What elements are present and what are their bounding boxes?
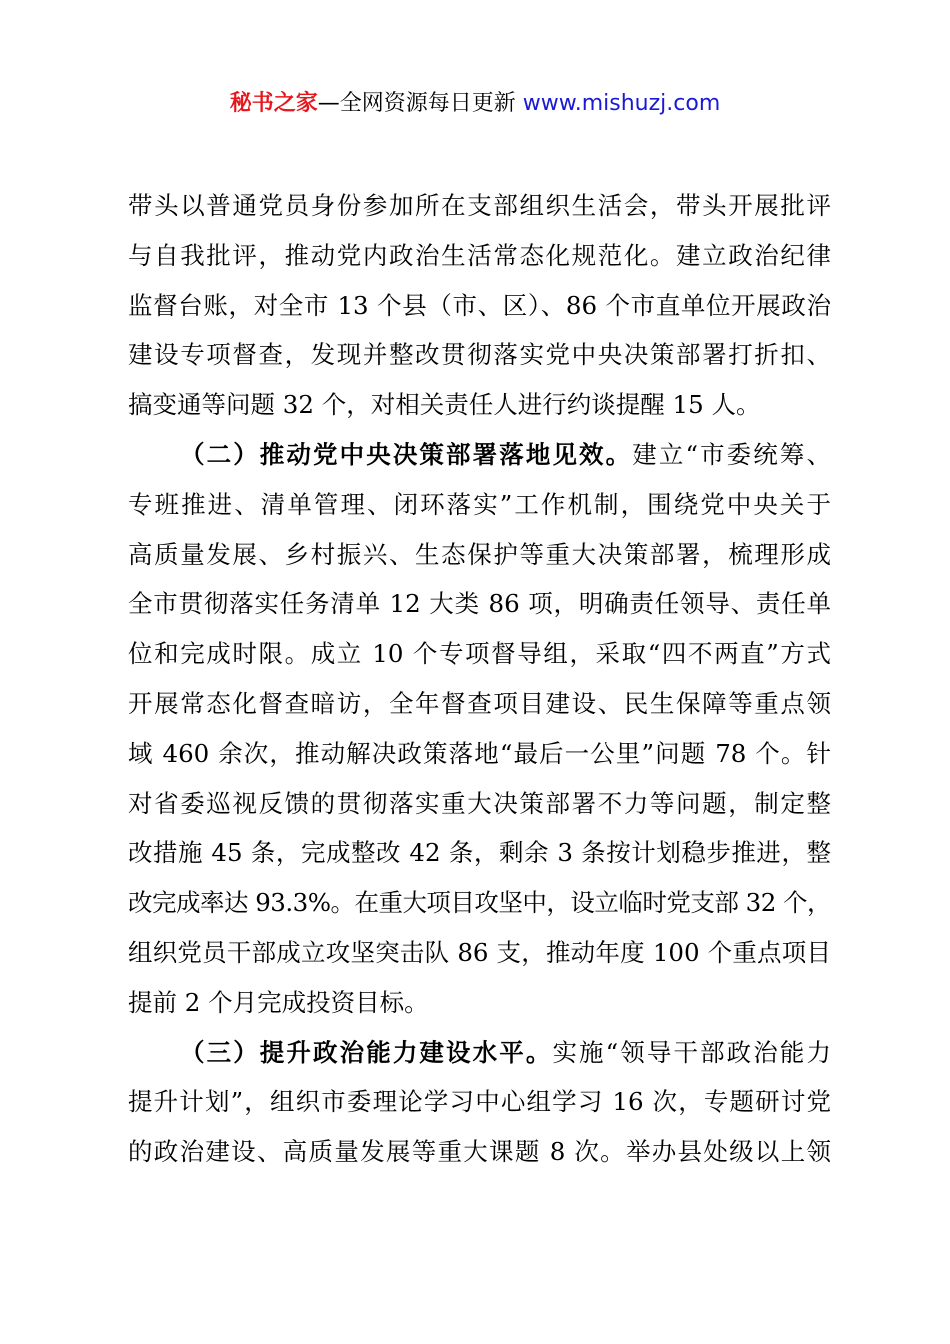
text-line: 专班推进、清单管理、闭环落实”工作机制，围绕党中央关于	[128, 480, 831, 530]
text-line: 对省委巡视反馈的贯彻落实重大决策部署不力等问题，制定整	[128, 779, 831, 829]
paragraph-1: 带头以普通党员身份参加所在支部组织生活会，带头开展批评 与自我批评，推动党内政治…	[128, 181, 831, 430]
text-line: （二）推动党中央决策部署落地见效。建立“市委统筹、	[128, 430, 831, 480]
text-line: 与自我批评，推动党内政治生活常态化规范化。建立政治纪律	[128, 231, 831, 281]
text-line: 高质量发展、乡村振兴、生态保护等重大决策部署，梳理形成	[128, 530, 831, 580]
paragraph-2: （二）推动党中央决策部署落地见效。建立“市委统筹、 专班推进、清单管理、闭环落实…	[128, 430, 831, 1028]
text-line: 搞变通等问题 32 个，对相关责任人进行约谈提醒 15 人。	[128, 380, 831, 430]
text-line: 提升计划”，组织市委理论学习中心组学习 16 次，专题研讨党	[128, 1077, 831, 1127]
text-line: 提前 2 个月完成投资目标。	[128, 978, 831, 1028]
text-line: 域 460 余次，推动解决政策落地“最后一公里”问题 78 个。针	[128, 729, 831, 779]
brand-name: 秘书之家	[230, 91, 318, 116]
site-banner: 秘书之家—全网资源每日更新 www.mishuzj.com	[0, 88, 950, 120]
text-line: 改完成率达 93.3%。在重大项目攻坚中，设立临时党支部 32 个，	[128, 878, 831, 928]
text-line: 全市贯彻落实任务清单 12 大类 86 项，明确责任领导、责任单	[128, 579, 831, 629]
banner-tagline: —全网资源每日更新	[318, 91, 523, 116]
text-line: 带头以普通党员身份参加所在支部组织生活会，带头开展批评	[128, 181, 831, 231]
section-heading: （二）推动党中央决策部署落地见效。	[180, 440, 632, 469]
text-line: 位和完成时限。成立 10 个专项督导组，采取“四不两直”方式	[128, 629, 831, 679]
text-line: 开展常态化督查暗访，全年督查项目建设、民生保障等重点领	[128, 679, 831, 729]
paragraph-3: （三）提升政治能力建设水平。实施“领导干部政治能力 提升计划”，组织市委理论学习…	[128, 1028, 831, 1177]
section-heading: （三）提升政治能力建设水平。	[180, 1038, 552, 1067]
heading-continuation: 建立“市委统筹、	[632, 440, 831, 469]
text-line: 改措施 45 条，完成整改 42 条，剩余 3 条按计划稳步推进，整	[128, 828, 831, 878]
text-line: （三）提升政治能力建设水平。实施“领导干部政治能力	[128, 1028, 831, 1078]
text-line: 建设专项督查，发现并整改贯彻落实党中央决策部署打折扣、	[128, 330, 831, 380]
text-line: 组织党员干部成立攻坚突击队 86 支，推动年度 100 个重点项目	[128, 928, 831, 978]
text-line: 监督台账，对全市 13 个县（市、区）、86 个市直单位开展政治	[128, 281, 831, 331]
heading-continuation: 实施“领导干部政治能力	[552, 1038, 831, 1067]
document-body: 带头以普通党员身份参加所在支部组织生活会，带头开展批评 与自我批评，推动党内政治…	[128, 181, 831, 1177]
site-url-link[interactable]: www.mishuzj.com	[523, 91, 720, 116]
text-line: 的政治建设、高质量发展等重大课题 8 次。举办县处级以上领	[128, 1127, 831, 1177]
